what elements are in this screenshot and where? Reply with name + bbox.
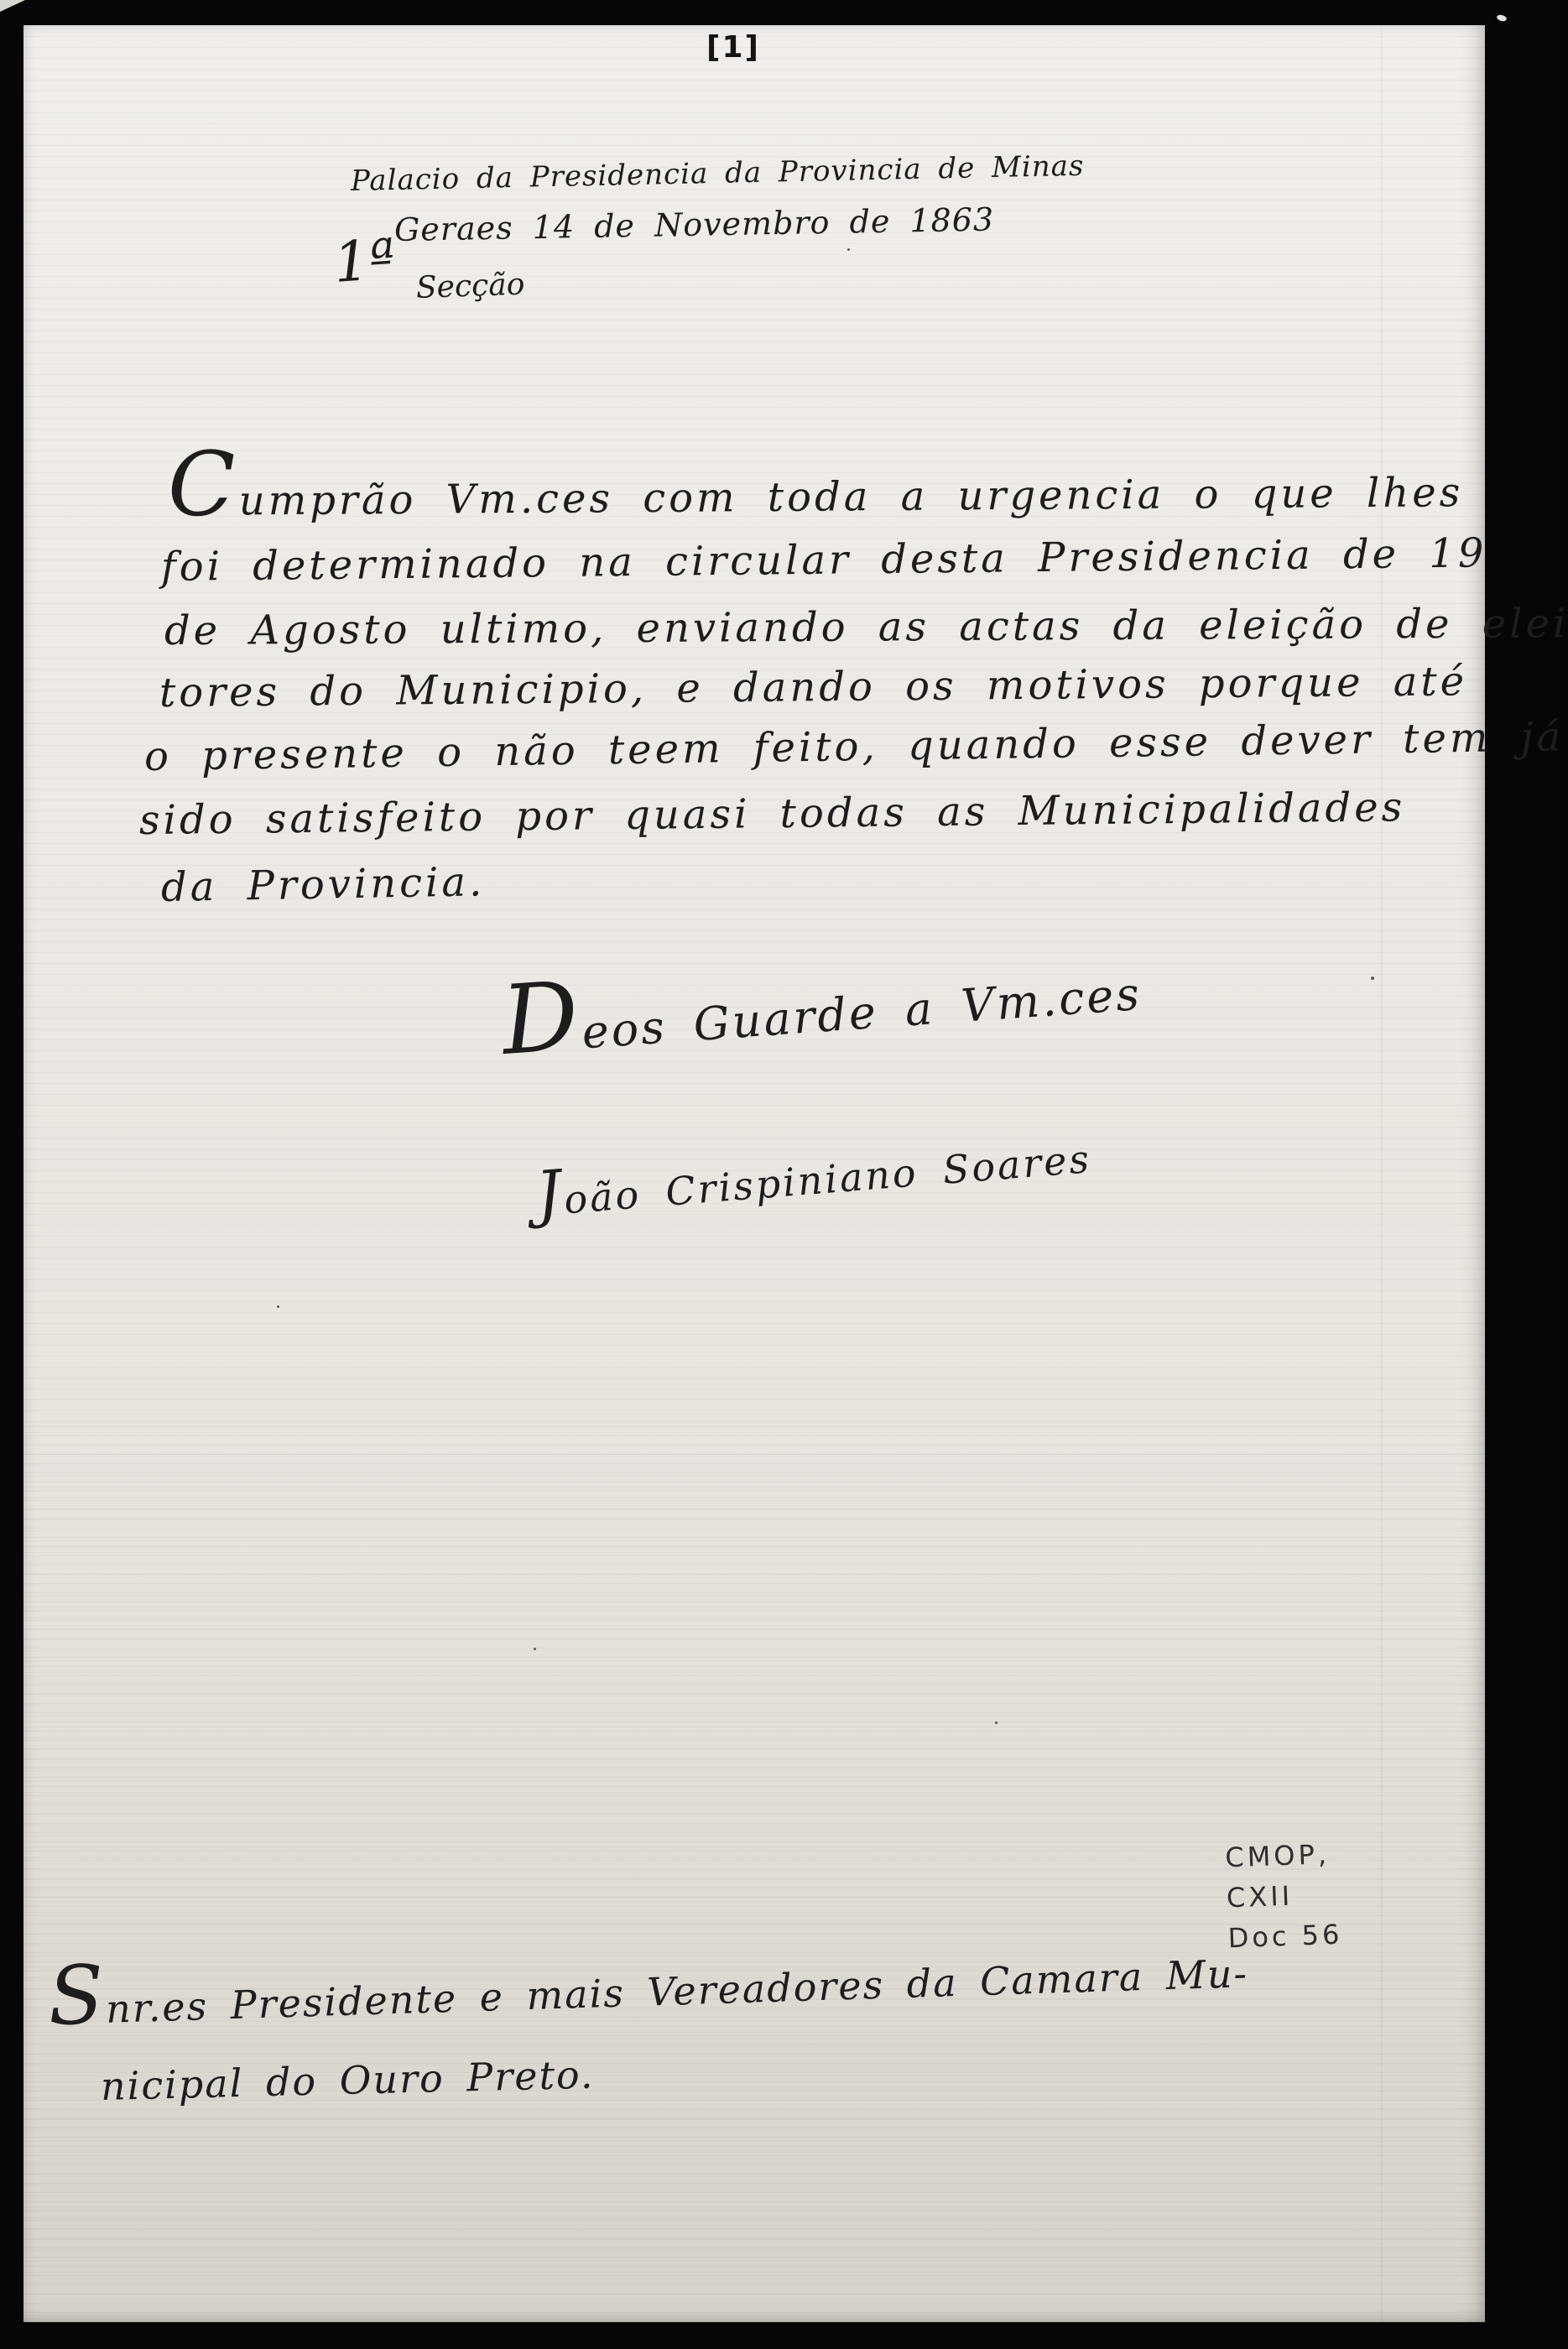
section-label: Secção [415, 268, 525, 305]
scan-edge-artifact [1496, 14, 1507, 23]
folio-number: [1] [706, 30, 760, 65]
ink-speck [277, 1305, 279, 1308]
scan-corner-artifact [0, 0, 25, 12]
body-line: de Agosto ultimo, enviando as actas da e… [164, 602, 1568, 654]
ink-speck [847, 248, 850, 251]
paper-crease [1381, 25, 1383, 2322]
section-number: 1ª [331, 229, 397, 294]
body-line: Cumprão Vm.ces com toda a urgencia o que… [168, 471, 1464, 524]
ink-speck [1371, 977, 1374, 980]
archival-box: CXII [1226, 1874, 1341, 1919]
body-line: da Provincia. [161, 860, 486, 910]
ink-speck [534, 1648, 536, 1650]
archival-reference: CMOP, CXII Doc 56 [1225, 1834, 1344, 1959]
ink-speck [995, 1721, 998, 1724]
archival-collection: CMOP, [1225, 1834, 1341, 1878]
scanned-document: [1] Palacio da Presidencia da Provincia … [0, 0, 1568, 2349]
